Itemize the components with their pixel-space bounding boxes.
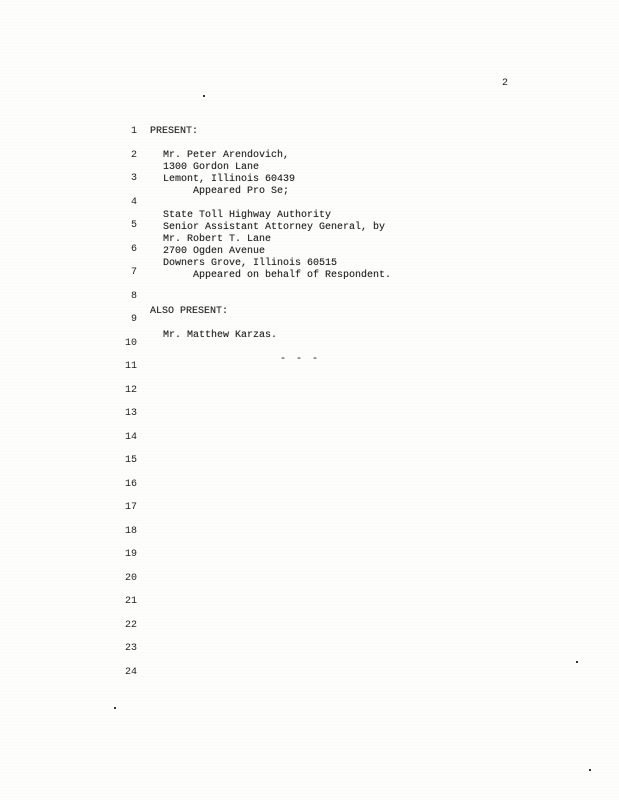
transcript-line: Downers Grove, Illinois 60515 [150,258,450,270]
line-number: 14 [122,432,137,444]
transcript-line: ALSO PRESENT: [150,306,450,318]
line-number-column: 123456789101112131415161718192021222324 [122,0,137,800]
transcript-line: Mr. Robert T. Lane [150,234,450,246]
transcript-line [150,198,450,210]
line-number: 12 [122,385,137,397]
transcript-line [150,282,450,294]
transcript-line: Appeared Pro Se; [150,186,450,198]
line-number: 15 [122,455,137,467]
transcript-line: 1300 Gordon Lane [150,162,450,174]
line-number: 7 [122,267,137,279]
scan-speck [203,95,205,97]
transcript-line: Mr. Peter Arendovich, [150,150,450,162]
separator-dashes: - - - [150,354,450,366]
line-number: 18 [122,526,137,538]
transcript-line: Appeared on behalf of Respondent. [150,270,450,282]
transcript-line: Senior Assistant Attorney General, by [150,222,450,234]
line-number: 4 [122,197,137,209]
transcript-line: Lemont, Illinois 60439 [150,174,450,186]
transcript-line [150,318,450,330]
transcript-line: PRESENT: [150,126,450,138]
line-number: 20 [122,573,137,585]
transcript-line: State Toll Highway Authority [150,210,450,222]
line-number: 9 [122,314,137,326]
scan-speck [589,769,591,771]
transcript-page: 2 12345678910111213141516171819202122232… [0,0,619,800]
line-number: 17 [122,502,137,514]
page-number: 2 [502,78,508,89]
transcript-line: 2700 Ogden Avenue [150,246,450,258]
transcript-line [150,294,450,306]
transcript-line: Mr. Matthew Karzas. [150,330,450,342]
line-number: 21 [122,596,137,608]
scan-speck [114,707,116,709]
line-number: 24 [122,667,137,679]
line-number: 13 [122,408,137,420]
line-number: 19 [122,549,137,561]
line-number: 8 [122,291,137,303]
line-number: 2 [122,150,137,162]
transcript-line [150,138,450,150]
line-number: 16 [122,479,137,491]
line-number: 6 [122,244,137,256]
transcript-line [150,342,450,354]
scan-speck [576,661,578,663]
line-number: 5 [122,220,137,232]
line-number: 1 [122,126,137,138]
transcript-text-block: PRESENT:Mr. Peter Arendovich,1300 Gordon… [150,126,450,366]
line-number: 3 [122,173,137,185]
line-number: 22 [122,620,137,632]
line-number: 23 [122,643,137,655]
line-number: 11 [122,361,137,373]
line-number: 10 [122,338,137,350]
